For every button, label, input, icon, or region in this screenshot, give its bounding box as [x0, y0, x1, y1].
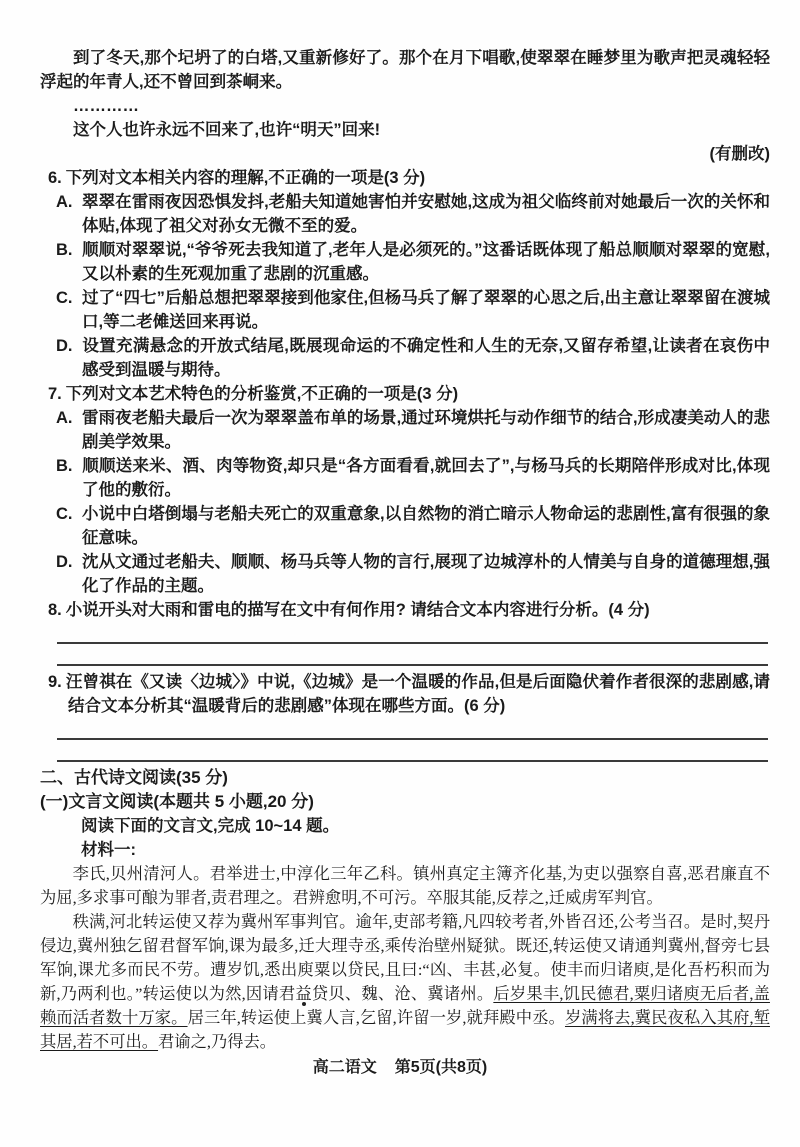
option-c-label: C.	[56, 286, 82, 310]
option-b-text: 顺顺对翠翠说,“爷爷死去我知道了,老年人是必须死的。”这番话既体现了船总顺顺对翠…	[82, 241, 770, 283]
footer-page-number: 第5页(共8页)	[395, 1059, 487, 1076]
reading-passage: 到了冬天,那个圮坍了的白塔,又重新修好了。那个在月下唱歌,使翠翠在睡梦里为歌声把…	[40, 46, 770, 166]
question-7-option-b: B.顺顺送来米、酒、肉等物资,却只是“各方面看看,就回去了”,与杨马兵的长期陪伴…	[56, 454, 770, 502]
question-9-number: 9.	[48, 673, 62, 691]
passage-paragraph-2: 这个人也许永远不回来了,也许“明天”回来!	[40, 118, 770, 142]
option-a-label: A.	[56, 190, 82, 214]
question-9-stem: 9.汪曾祺在《又读〈边城〉》中说,《边城》是一个温暖的作品,但是后面隐伏着作者很…	[48, 670, 770, 718]
question-6-stem: 6.下列对文本相关内容的理解,不正确的一项是(3 分)	[48, 166, 770, 190]
answer-line	[57, 622, 768, 644]
question-7: 7.下列对文本艺术特色的分析鉴赏,不正确的一项是(3 分) A.雷雨夜老船夫最后…	[40, 382, 770, 598]
question-6-stem-text: 下列对文本相关内容的理解,不正确的一项是(3 分)	[66, 169, 425, 187]
option-d-text: 沈从文通过老船夫、顺顺、杨马兵等人物的言行,展现了边城淳朴的人情美与自身的道德理…	[82, 553, 770, 595]
option-d-label: D.	[56, 334, 82, 358]
question-9: 9.汪曾祺在《又读〈边城〉》中说,《边城》是一个温暖的作品,但是后面隐伏着作者很…	[40, 670, 770, 766]
question-7-number: 7.	[48, 385, 62, 403]
section-2-subheading: (一)文言文阅读(本题共 5 小题,20 分)	[40, 790, 770, 814]
question-7-stem-text: 下列对文本艺术特色的分析鉴赏,不正确的一项是(3 分)	[66, 385, 458, 403]
question-6-option-d: D.设置充满悬念的开放式结尾,既展现命运的不确定性和人生的无奈,又留存希望,让读…	[56, 334, 770, 382]
exam-paper-page: 到了冬天,那个圮坍了的白塔,又重新修好了。那个在月下唱歌,使翠翠在睡梦里为歌声把…	[0, 0, 800, 1147]
option-a-text: 雷雨夜老船夫最后一次为翠翠盖布单的场景,通过环境烘托与动作细节的结合,形成凄美动…	[82, 409, 770, 451]
answer-line	[57, 718, 768, 740]
section-2-heading: 二、古代诗文阅读(35 分)	[40, 766, 770, 790]
option-a-text: 翠翠在雷雨夜因恐惧发抖,老船夫知道她害怕并安慰她,这成为祖父临终前对她最后一次的…	[82, 193, 770, 235]
classical-material: 李氏,贝州清河人。君举进士,中淳化三年乙科。镇州真定主簿齐化基,为吏以强察自喜,…	[40, 862, 770, 1054]
option-c-label: C.	[56, 502, 82, 526]
footer-course-title: 高二语文	[313, 1059, 377, 1076]
option-a-label: A.	[56, 406, 82, 430]
question-9-answer-area	[40, 718, 770, 766]
section-2-instruction: 阅读下面的文言文,完成 10~14 题。	[48, 814, 770, 838]
option-d-text: 设置充满悬念的开放式结尾,既展现命运的不确定性和人生的无奈,又留存希望,让读者在…	[82, 337, 770, 379]
question-6-option-c: C.过了“四七”后船总想把翠翠接到他家住,但杨马兵了解了翠翠的心思之后,出主意让…	[56, 286, 770, 334]
classical-paragraph-1: 李氏,贝州清河人。君举进士,中淳化三年乙科。镇州真定主簿齐化基,为吏以强察自喜,…	[40, 862, 770, 910]
classical-text-run: 居三年,转运使上冀人言,乞留,许留一岁,就拜殿中丞。	[188, 1008, 565, 1027]
question-8-answer-area	[40, 622, 770, 670]
option-b-label: B.	[56, 454, 82, 478]
question-8-number: 8.	[48, 601, 62, 619]
question-6-option-a: A.翠翠在雷雨夜因恐惧发抖,老船夫知道她害怕并安慰她,这成为祖父临终前对她最后一…	[56, 190, 770, 238]
option-c-text: 小说中白塔倒塌与老船夫死亡的双重意象,以自然物的消亡暗示人物命运的悲剧性,富有很…	[82, 505, 770, 547]
page-footer: 高二语文第5页(共8页)	[0, 1054, 800, 1077]
question-6-number: 6.	[48, 169, 62, 187]
question-6: 6.下列对文本相关内容的理解,不正确的一项是(3 分) A.翠翠在雷雨夜因恐惧发…	[40, 166, 770, 382]
section-2-classical-reading: 二、古代诗文阅读(35 分) (一)文言文阅读(本题共 5 小题,20 分) 阅…	[40, 766, 770, 1054]
option-b-text: 顺顺送来米、酒、肉等物资,却只是“各方面看看,就回去了”,与杨马兵的长期陪伴形成…	[82, 457, 770, 499]
option-b-label: B.	[56, 238, 82, 262]
question-8: 8.小说开头对大雨和雷电的描写在文中有何作用? 请结合文本内容进行分析。(4 分…	[40, 598, 770, 670]
passage-paragraph-1: 到了冬天,那个圮坍了的白塔,又重新修好了。那个在月下唱歌,使翠翠在睡梦里为歌声把…	[40, 46, 770, 94]
material-1-label: 材料一:	[48, 838, 770, 862]
question-7-stem: 7.下列对文本艺术特色的分析鉴赏,不正确的一项是(3 分)	[48, 382, 770, 406]
answer-line	[57, 740, 768, 762]
classical-text-run: 君谕之,乃得去。	[158, 1032, 276, 1051]
question-7-option-a: A.雷雨夜老船夫最后一次为翠翠盖布单的场景,通过环境烘托与动作细节的结合,形成凄…	[56, 406, 770, 454]
passage-ellipsis: …………	[40, 94, 770, 118]
question-8-stem-text: 小说开头对大雨和雷电的描写在文中有何作用? 请结合文本内容进行分析。(4 分)	[66, 601, 650, 619]
classical-paragraph-2: 秩满,河北转运使又荐为冀州军事判官。逾年,吏部考籍,凡四较考者,外皆召还,公考当…	[40, 910, 770, 1054]
question-6-option-b: B.顺顺对翠翠说,“爷爷死去我知道了,老年人是必须死的。”这番话既体现了船总顺顺…	[56, 238, 770, 286]
source-note: (有删改)	[40, 142, 770, 166]
question-9-stem-text: 汪曾祺在《又读〈边城〉》中说,《边城》是一个温暖的作品,但是后面隐伏着作者很深的…	[66, 673, 770, 715]
classical-text-run: 贷贝、魏、沧、冀诸州。	[312, 984, 493, 1003]
answer-line	[57, 644, 768, 666]
question-8-stem: 8.小说开头对大雨和雷电的描写在文中有何作用? 请结合文本内容进行分析。(4 分…	[48, 598, 770, 622]
dotted-word: 益	[295, 984, 312, 1003]
option-d-label: D.	[56, 550, 82, 574]
question-7-option-c: C.小说中白塔倒塌与老船夫死亡的双重意象,以自然物的消亡暗示人物命运的悲剧性,富…	[56, 502, 770, 550]
option-c-text: 过了“四七”后船总想把翠翠接到他家住,但杨马兵了解了翠翠的心思之后,出主意让翠翠…	[82, 289, 770, 331]
question-7-option-d: D.沈从文通过老船夫、顺顺、杨马兵等人物的言行,展现了边城淳朴的人情美与自身的道…	[56, 550, 770, 598]
